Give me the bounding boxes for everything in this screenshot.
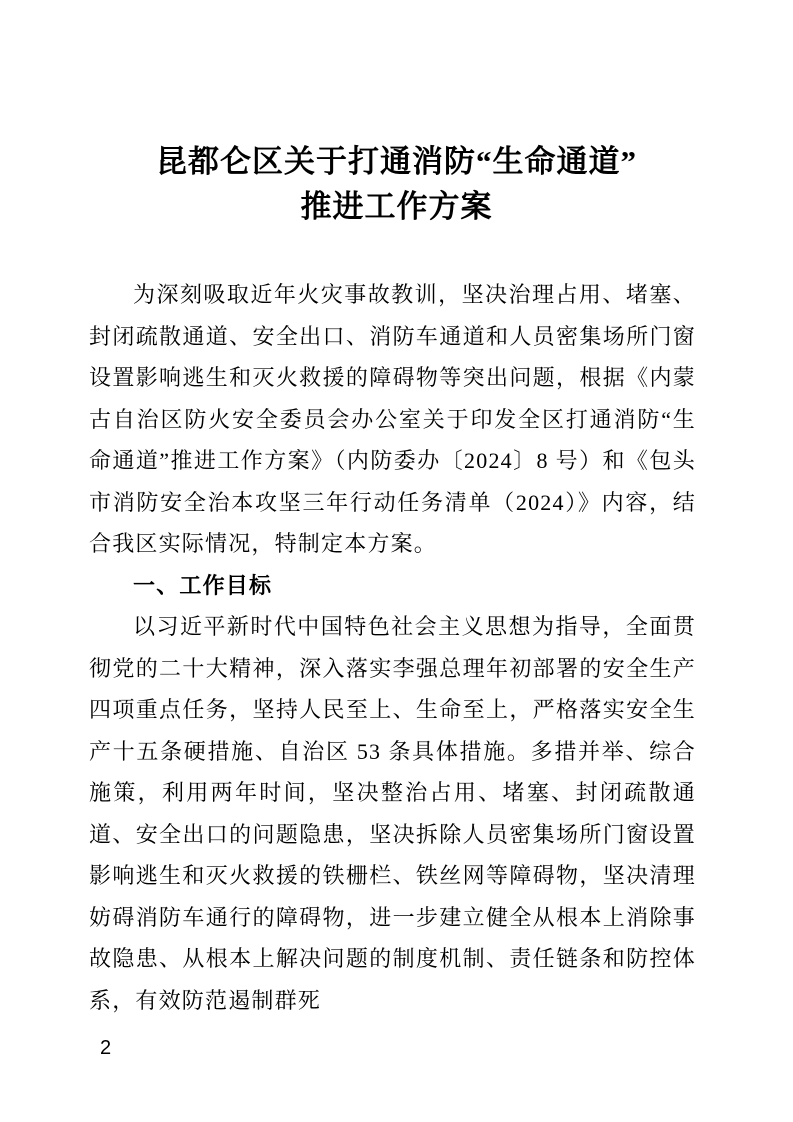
document-title: 昆都仑区关于打通消防“生命通道” 推进工作方案 (0, 0, 793, 229)
document-title-line-1: 昆都仑区关于打通消防“生命通道” (0, 139, 793, 184)
work-goals-paragraph: 以习近平新时代中国特色社会主义思想为指导，全面贯彻党的二十大精神，深入落实李强总… (89, 606, 696, 1021)
document-body: 为深刻吸取近年火灾事故教训，坚决治理占用、堵塞、封闭疏散通道、安全出口、消防车通… (89, 274, 696, 1021)
document-page: 昆都仑区关于打通消防“生命通道” 推进工作方案 为深刻吸取近年火灾事故教训，坚决… (0, 0, 793, 1122)
intro-paragraph: 为深刻吸取近年火灾事故教训，坚决治理占用、堵塞、封闭疏散通道、安全出口、消防车通… (89, 274, 696, 565)
section-heading-work-goals: 一、工作目标 (89, 565, 696, 607)
document-title-line-2: 推进工作方案 (0, 184, 793, 229)
page-number: 2 (100, 1036, 111, 1060)
